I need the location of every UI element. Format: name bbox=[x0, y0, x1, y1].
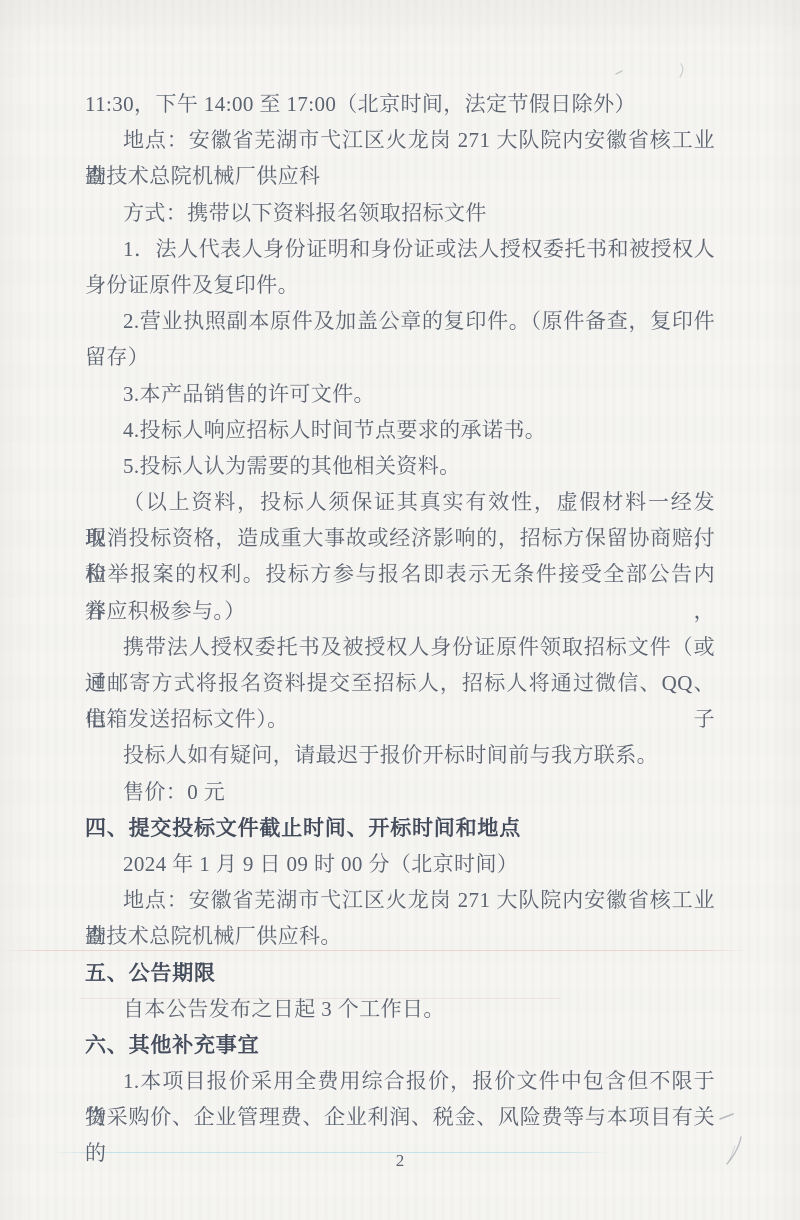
pen-mark bbox=[720, 1114, 733, 1119]
document-line: 1．法人代表人身份证明和身份证或法人授权委托书和被授权人 bbox=[85, 231, 715, 267]
page-number: 2 bbox=[0, 1149, 800, 1173]
document-line: 查技术总院机械厂供应科 bbox=[85, 158, 715, 194]
document-line: 11:30，下午 14:00 至 17:00（北京时间，法定节假日除外） bbox=[85, 86, 715, 122]
document-line: 1.本项目报价采用全费用综合报价，报价文件中包含但不限于货 bbox=[85, 1063, 715, 1099]
document-line: 携带法人授权委托书及被授权人身份证原件领取招标文件（或通 bbox=[85, 629, 715, 665]
document-line: 取消投标资格，造成重大事故或经济影响的，招标方保留协商赔付和 bbox=[85, 520, 715, 556]
scanned-document-page: 11:30，下午 14:00 至 17:00（北京时间，法定节假日除外）地点：安… bbox=[0, 0, 800, 1220]
document-line: 2.营业执照副本原件及加盖公章的复印件。（原件备查，复印件 bbox=[85, 303, 715, 339]
document-line: 售价：0 元 bbox=[85, 774, 715, 810]
document-body: 11:30，下午 14:00 至 17:00（北京时间，法定节假日除外）地点：安… bbox=[85, 86, 715, 1135]
document-line: 检举报案的权利。投标方参与报名即表示无条件接受全部公告内容， bbox=[85, 556, 715, 592]
document-line: 方式：携带以下资料报名领取招标文件 bbox=[85, 195, 715, 231]
document-line: 3.本产品销售的许可文件。 bbox=[85, 376, 715, 412]
document-line: 2024 年 1 月 9 日 09 时 00 分（北京时间） bbox=[85, 846, 715, 882]
document-line: 自本公告发布之日起 3 个工作日。 bbox=[85, 991, 715, 1027]
section-heading: 六、其他补充事宜 bbox=[85, 1027, 715, 1063]
document-line: 过邮寄方式将报名资料提交至招标人，招标人将通过微信、QQ、电子 bbox=[85, 665, 715, 701]
document-line: 5.投标人认为需要的其他相关资料。 bbox=[85, 448, 715, 484]
document-line: 物采购价、企业管理费、企业利润、税金、风险费等与本项目有关的 bbox=[85, 1099, 715, 1135]
document-line: （以上资料，投标人须保证其真实有效性，虚假材料一经发现， bbox=[85, 484, 715, 520]
section-heading: 四、提交投标文件截止时间、开标时间和地点 bbox=[85, 810, 715, 846]
document-line: 投标人如有疑问，请最迟于报价开标时间前与我方联系。 bbox=[85, 737, 715, 773]
section-heading: 五、公告期限 bbox=[85, 955, 715, 991]
speck-mark bbox=[680, 64, 683, 77]
document-line: 地点：安徽省芜湖市弋江区火龙岗 271 大队院内安徽省核工业勘 bbox=[85, 122, 715, 158]
document-line: 留存） bbox=[85, 339, 715, 375]
document-line: 查技术总院机械厂供应科。 bbox=[85, 918, 715, 954]
document-line: 地点：安徽省芜湖市弋江区火龙岗 271 大队院内安徽省核工业勘 bbox=[85, 882, 715, 918]
document-line: 身份证原件及复印件。 bbox=[85, 267, 715, 303]
speck-mark bbox=[616, 71, 622, 74]
document-line: 4.投标人响应招标人时间节点要求的承诺书。 bbox=[85, 412, 715, 448]
